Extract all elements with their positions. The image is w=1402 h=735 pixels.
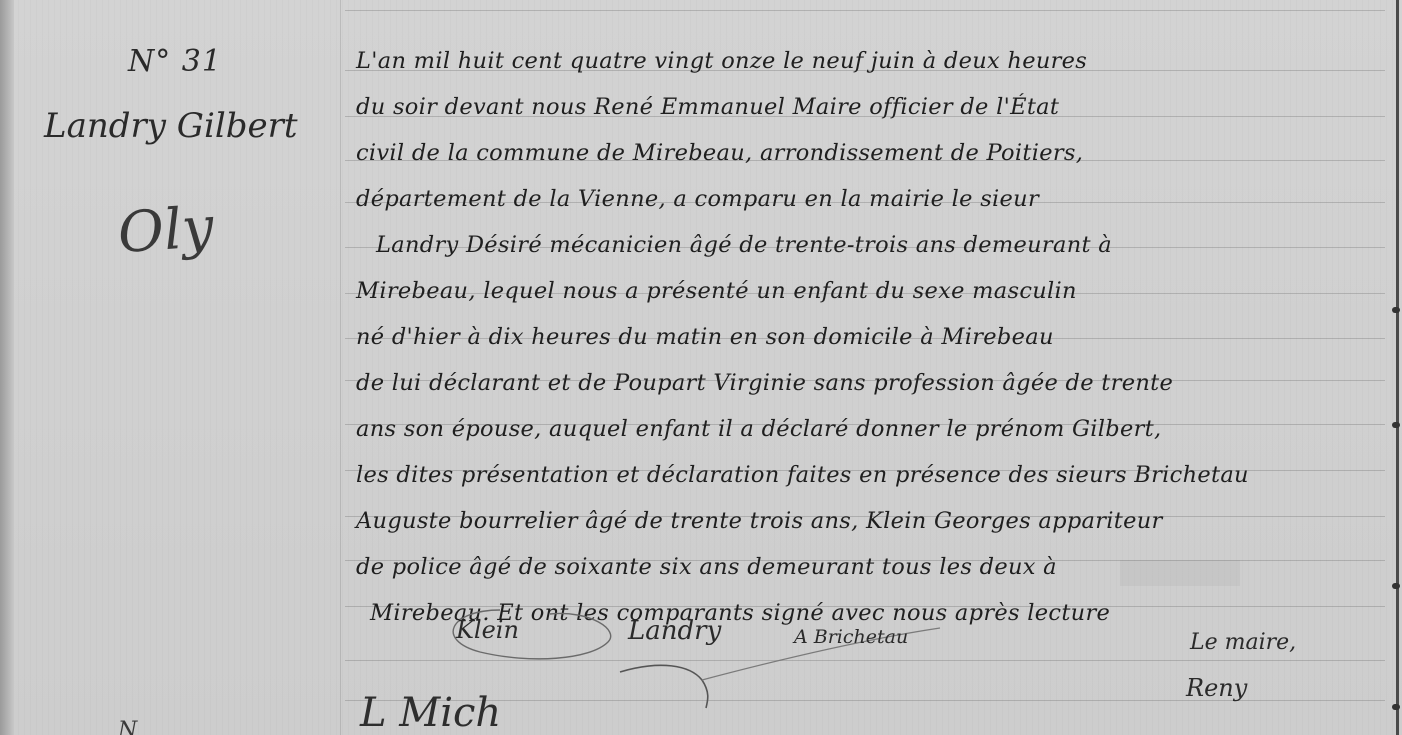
act-line: les dites présentation et déclaration fa… <box>356 452 1386 498</box>
act-line: Auguste bourrelier âgé de trente trois a… <box>356 498 1386 544</box>
act-line: né d'hier à dix heures du matin en son d… <box>356 314 1386 360</box>
act-line: département de la Vienne, a comparu en l… <box>356 176 1386 222</box>
act-line: L'an mil huit cent quatre vingt onze le … <box>356 38 1386 84</box>
act-line: Mirebeau, lequel nous a présenté un enfa… <box>356 268 1386 314</box>
act-line: civil de la commune de Mirebeau, arrondi… <box>356 130 1386 176</box>
act-line: ans son épouse, auquel enfant il a décla… <box>356 406 1386 452</box>
signature-klein: Klein <box>456 616 519 644</box>
border-mark <box>1392 583 1400 589</box>
margin-rule-line <box>340 0 341 735</box>
act-body: L'an mil huit cent quatre vingt onze le … <box>356 38 1386 636</box>
child-name-margin: Landry Gilbert <box>44 106 298 146</box>
act-line: de lui déclarant et de Poupart Virginie … <box>356 360 1386 406</box>
entry-number: N° 31 <box>128 44 222 79</box>
next-entry-fragment: L Mich <box>360 690 501 735</box>
act-line: Landry Désiré mécanicien âgé de trente-t… <box>356 222 1386 268</box>
ruled-line <box>345 10 1385 11</box>
mayor-title: Le maire, <box>1190 630 1296 655</box>
signature-brichetau: A Brichetau <box>794 626 908 648</box>
border-mark <box>1392 704 1400 710</box>
border-mark <box>1392 422 1400 428</box>
act-line: du soir devant nous René Emmanuel Maire … <box>356 84 1386 130</box>
right-border-rule <box>1396 0 1399 735</box>
signatures-block: Klein Landry A Brichetau Le maire, Reny <box>450 612 1390 732</box>
act-line: de police âgé de soixante six ans demeur… <box>356 544 1386 590</box>
book-binding-edge <box>0 0 14 735</box>
register-page: N° 31 Landry Gilbert Oly L'an mil huit c… <box>0 0 1402 735</box>
signature-landry: Landry <box>628 616 721 646</box>
clerk-paraph: Oly <box>116 195 216 267</box>
signature-mayor: Reny <box>1186 674 1247 702</box>
next-entry-margin-fragment: N <box>118 718 137 735</box>
border-mark <box>1392 307 1400 313</box>
